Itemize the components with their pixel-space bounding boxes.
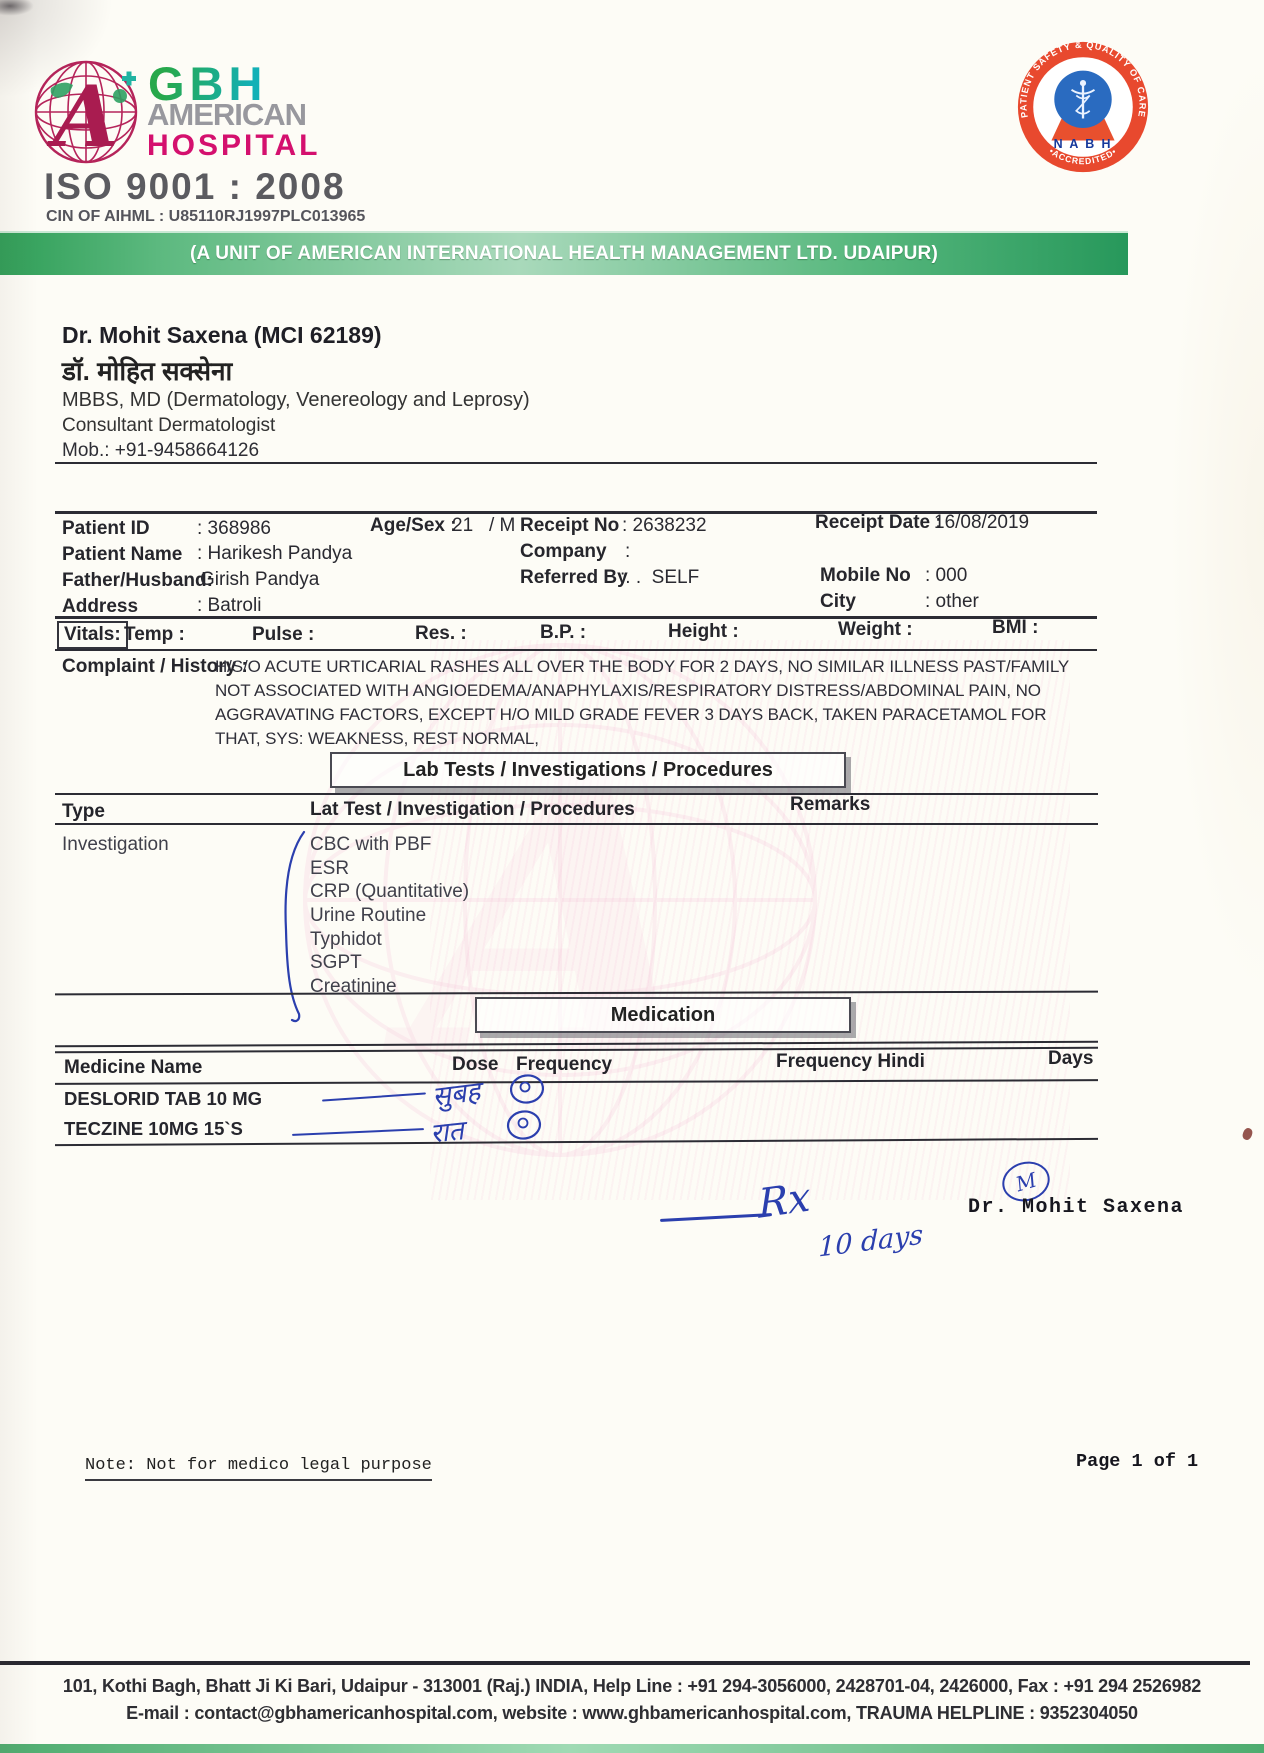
complaint-line: AGGRAVATING FACTORS, EXCEPT H/O MILD GRA… [215, 705, 1046, 725]
lab-test-item: SGPT [310, 952, 362, 974]
address-label: Address [62, 596, 138, 618]
brand-american: AMERICAN [147, 99, 306, 130]
vitals-temp-label: Temp : [124, 624, 185, 646]
divider [55, 462, 1097, 464]
city-label: City [820, 591, 856, 613]
lab-test-item: Typhidot [310, 929, 382, 951]
handwritten-duration: 10 days [818, 1219, 923, 1263]
vitals-height-label: Height : [668, 621, 739, 643]
circled-dose-mark [505, 1070, 549, 1108]
patient-name-value: : Harikesh Pandya [197, 543, 352, 565]
footer-address: 101, Kothi Bagh, Bhatt Ji Ki Bari, Udaip… [0, 1676, 1264, 1697]
doctor-signature-name: Dr. Mohit Saxena [968, 1196, 1184, 1219]
handwritten-initial: M [1013, 1167, 1039, 1196]
medicine-name: DESLORID TAB 10 MG [64, 1088, 262, 1110]
father-husband-label: Father/Husband: [62, 570, 213, 592]
brand-hospital: HOSPITAL [147, 131, 320, 161]
prescription-page: A A GBH AMERICAN HOSPITAL ISO 9001 : 200… [0, 0, 1264, 1753]
complaint-line: THAT, SYS: WEAKNESS, REST NORMAL, [215, 729, 539, 749]
mobile-no-value: : 000 [925, 565, 967, 587]
lab-test-item: CRP (Quantitative) [310, 881, 469, 903]
receipt-date-value: 16/08/2019 [934, 512, 1029, 534]
doctor-mobile: Mob.: +91-9458664126 [62, 440, 259, 462]
medication-section-header: Medication [475, 997, 851, 1033]
lab-test-item: CBC with PBF [310, 834, 431, 856]
unit-banner: (A UNIT OF AMERICAN INTERNATIONAL HEALTH… [0, 231, 1128, 275]
age-sex-value: 21 / M [452, 515, 515, 537]
ink-speck [1241, 1127, 1254, 1141]
unit-banner-text: (A UNIT OF AMERICAN INTERNATIONAL HEALTH… [190, 243, 938, 265]
lab-test-item: ESR [310, 858, 349, 880]
vitals-bp-label: B.P. : [540, 622, 586, 644]
receipt-no-value: : 2638232 [622, 515, 707, 537]
patient-name-label: Patient Name [62, 544, 182, 566]
lab-test-item: Urine Routine [310, 905, 426, 927]
divider [55, 649, 1097, 651]
lab-test-item: Creatinine [310, 976, 397, 998]
lab-tests-section-title: Lab Tests / Investigations / Procedures [403, 759, 773, 781]
circled-dose-mark [502, 1106, 546, 1144]
vitals-label-box: Vitals: [57, 621, 128, 649]
lab-col-remarks: Remarks [790, 794, 870, 816]
receipt-date-label: Receipt Date : [815, 512, 942, 534]
company-value: : [625, 541, 630, 563]
patient-id-value: : 368986 [197, 518, 271, 540]
referred-by-label: Referred By [520, 567, 628, 589]
complaint-line: H/S/O ACUTE URTICARIAL RASHES ALL OVER T… [215, 657, 1069, 677]
handwritten-bracket [280, 828, 312, 1028]
father-husband-value: Girish Pandya [200, 569, 319, 591]
lab-col-type: Type [62, 801, 105, 823]
legal-note: Note: Not for medico legal purpose [85, 1456, 432, 1481]
hospital-globe-logo: A [26, 50, 146, 170]
referred-by-value: :. . SELF [620, 567, 699, 589]
med-col-medicine: Medicine Name [64, 1057, 202, 1079]
patient-id-label: Patient ID [62, 518, 150, 540]
handwritten-rx: Rx [757, 1174, 811, 1228]
doctor-name: Dr. Mohit Saxena (MCI 62189) [62, 322, 382, 349]
footer-green-bar [0, 1744, 1264, 1753]
handwritten-line [660, 1213, 772, 1221]
divider [55, 793, 1098, 795]
age-sex-label: Age/Sex : [370, 515, 457, 537]
city-value: : other [925, 591, 979, 613]
lab-type-value: Investigation [62, 834, 169, 856]
divider [55, 823, 1098, 825]
footer-divider [0, 1661, 1250, 1665]
cin-number: CIN OF AIHML : U85110RJ1997PLC013965 [46, 208, 365, 226]
handwritten-frequency: रात [428, 1110, 465, 1150]
doctor-designation: Consultant Dermatologist [62, 415, 275, 437]
vitals-res-label: Res. : [415, 623, 467, 645]
medication-section-title: Medication [611, 1004, 715, 1026]
vitals-bmi-label: BMI : [992, 617, 1038, 639]
nabh-accreditation-badge: PATIENT SAFETY & QUALITY OF CARE •ACCRED… [1016, 40, 1150, 174]
vitals-pulse-label: Pulse : [252, 624, 314, 646]
page-number: Page 1 of 1 [1076, 1451, 1198, 1472]
lab-tests-section-header: Lab Tests / Investigations / Procedures [330, 752, 846, 788]
med-col-frequency-hindi: Frequency Hindi [776, 1051, 925, 1073]
divider [55, 616, 1097, 619]
logo-monogram: A [46, 67, 118, 166]
vitals-label: Vitals: [64, 624, 121, 645]
vitals-weight-label: Weight : [838, 619, 913, 641]
address-value: : Batroli [197, 595, 261, 617]
medicine-name: TECZINE 10MG 15`S [64, 1118, 243, 1140]
complaint-line: NOT ASSOCIATED WITH ANGIOEDEMA/ANAPHYLAX… [215, 681, 1041, 701]
mobile-no-label: Mobile No [820, 565, 911, 587]
footer-contact: E-mail : contact@gbhamericanhospital.com… [0, 1703, 1264, 1724]
lab-col-test: Lat Test / Investigation / Procedures [310, 799, 635, 821]
medical-cross-icon [122, 72, 136, 86]
med-col-days: Days [1048, 1048, 1093, 1070]
badge-nabh-text: N A B H [1054, 137, 1113, 151]
doctor-qualifications: MBBS, MD (Dermatology, Venereology and L… [62, 389, 530, 412]
iso-certification: ISO 9001 : 2008 [44, 166, 346, 208]
receipt-no-label: Receipt No [520, 515, 619, 537]
company-label: Company [520, 541, 607, 563]
handwritten-frequency: सुबह [430, 1071, 482, 1114]
doctor-name-hindi: डॉ. मोहित सक्सेना [62, 352, 232, 388]
